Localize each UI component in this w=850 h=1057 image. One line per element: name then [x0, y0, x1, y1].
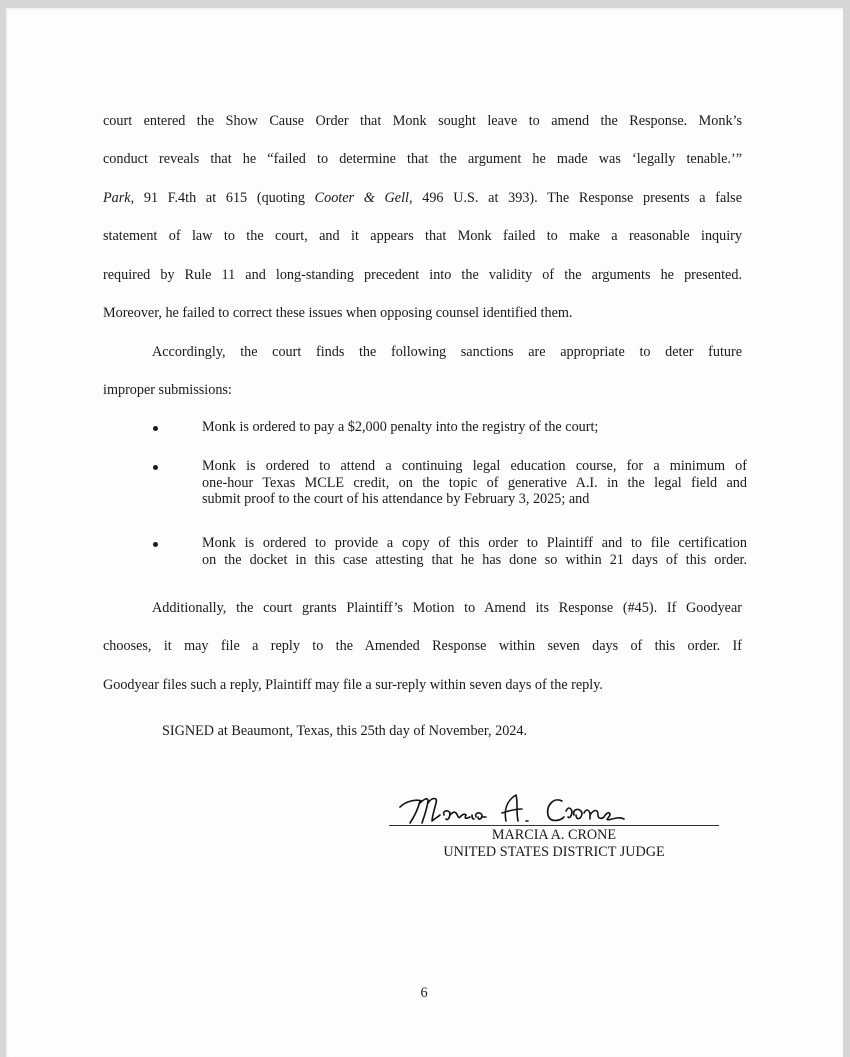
paragraph-3-line-2: chooses, it may file a reply to the Amen…: [103, 638, 742, 654]
sanction-line: Monk is ordered to provide a copy of thi…: [202, 535, 747, 552]
paragraph-3-line-3: Goodyear files such a reply, Plaintiff m…: [103, 677, 603, 693]
sanction-line: Monk is ordered to pay a $2,000 penalty …: [202, 419, 747, 436]
paragraph-1-line-2: conduct reveals that he “failed to deter…: [103, 151, 742, 167]
document-page: court entered the Show Cause Order that …: [6, 8, 843, 1057]
citation-text-2: , 496 U.S. at 393). The Response present…: [409, 190, 742, 206]
bullet-icon: [153, 426, 158, 431]
case-citation-park: Park: [103, 190, 131, 206]
sanction-line: on the docket in this case attesting tha…: [202, 552, 747, 569]
signature-line: [389, 825, 719, 826]
page-number: 6: [414, 985, 434, 1002]
paragraph-1-line-3: Park, 91 F.4th at 615 (quoting Cooter & …: [103, 190, 742, 206]
sanction-text: Monk is ordered to provide a copy of thi…: [202, 535, 747, 568]
handwritten-signature: [398, 787, 638, 829]
case-citation-cooter-gell: Cooter & Gell: [315, 190, 409, 206]
paragraph-1-line-6: Moreover, he failed to correct these iss…: [103, 305, 572, 321]
sanction-line: submit proof to the court of his attenda…: [202, 491, 747, 508]
bullet-icon: [153, 542, 158, 547]
sanction-line: Monk is ordered to attend a continuing l…: [202, 458, 747, 475]
sanction-text: Monk is ordered to attend a continuing l…: [202, 458, 747, 508]
paragraph-2-line-2: improper submissions:: [103, 382, 232, 398]
bullet-icon: [153, 465, 158, 470]
sanction-text: Monk is ordered to pay a $2,000 penalty …: [202, 419, 747, 436]
judge-title: UNITED STATES DISTRICT JUDGE: [389, 844, 719, 861]
paragraph-1-line-1: court entered the Show Cause Order that …: [103, 113, 742, 129]
paragraph-1-line-5: required by Rule 11 and long-standing pr…: [103, 267, 742, 283]
paragraph-3-line-1: Additionally, the court grants Plaintiff…: [152, 600, 742, 616]
paragraph-2-line-1: Accordingly, the court finds the followi…: [152, 344, 742, 360]
judge-name: MARCIA A. CRONE: [389, 827, 719, 844]
sanction-line: one-hour Texas MCLE credit, on the topic…: [202, 475, 747, 492]
signed-statement: SIGNED at Beaumont, Texas, this 25th day…: [162, 723, 527, 739]
citation-text: , 91 F.4th at 615 (quoting: [131, 190, 315, 206]
paragraph-1-line-4: statement of law to the court, and it ap…: [103, 228, 742, 244]
